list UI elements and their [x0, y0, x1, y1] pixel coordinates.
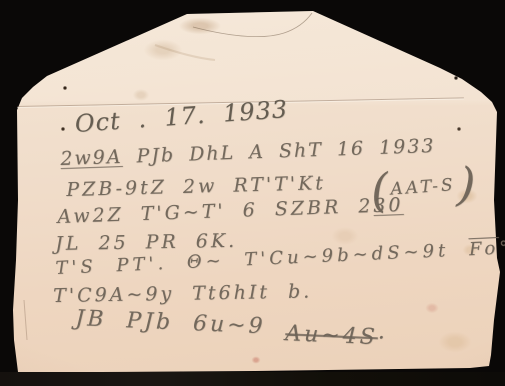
left-edge-tear-crease	[24, 300, 27, 340]
line6-text: T'C9A~9y Tt6hIt b.	[53, 280, 312, 307]
aats-close-paren: )	[456, 161, 476, 208]
photo-stage: Oct . 17. 1933 2w9A PJb DhL A ShT 16 193…	[0, 0, 505, 386]
line1-underlined-word: 2w9A	[60, 146, 123, 170]
line7-period: .	[377, 319, 388, 344]
aats-letters: AAT-S	[390, 175, 456, 199]
flap-tip-crease	[193, 13, 312, 37]
flap-smudge	[155, 45, 215, 60]
signature-flourish: Au~4S	[285, 321, 379, 350]
line5-degree-mark: °	[499, 237, 505, 259]
line5-overlined-tail: Fo	[468, 238, 499, 260]
aats-annotation: ( AAT-S )	[369, 161, 477, 214]
aats-open-paren: (	[369, 167, 390, 214]
note-line-6: T'C9A~9y Tt6hIt b.	[53, 280, 312, 307]
